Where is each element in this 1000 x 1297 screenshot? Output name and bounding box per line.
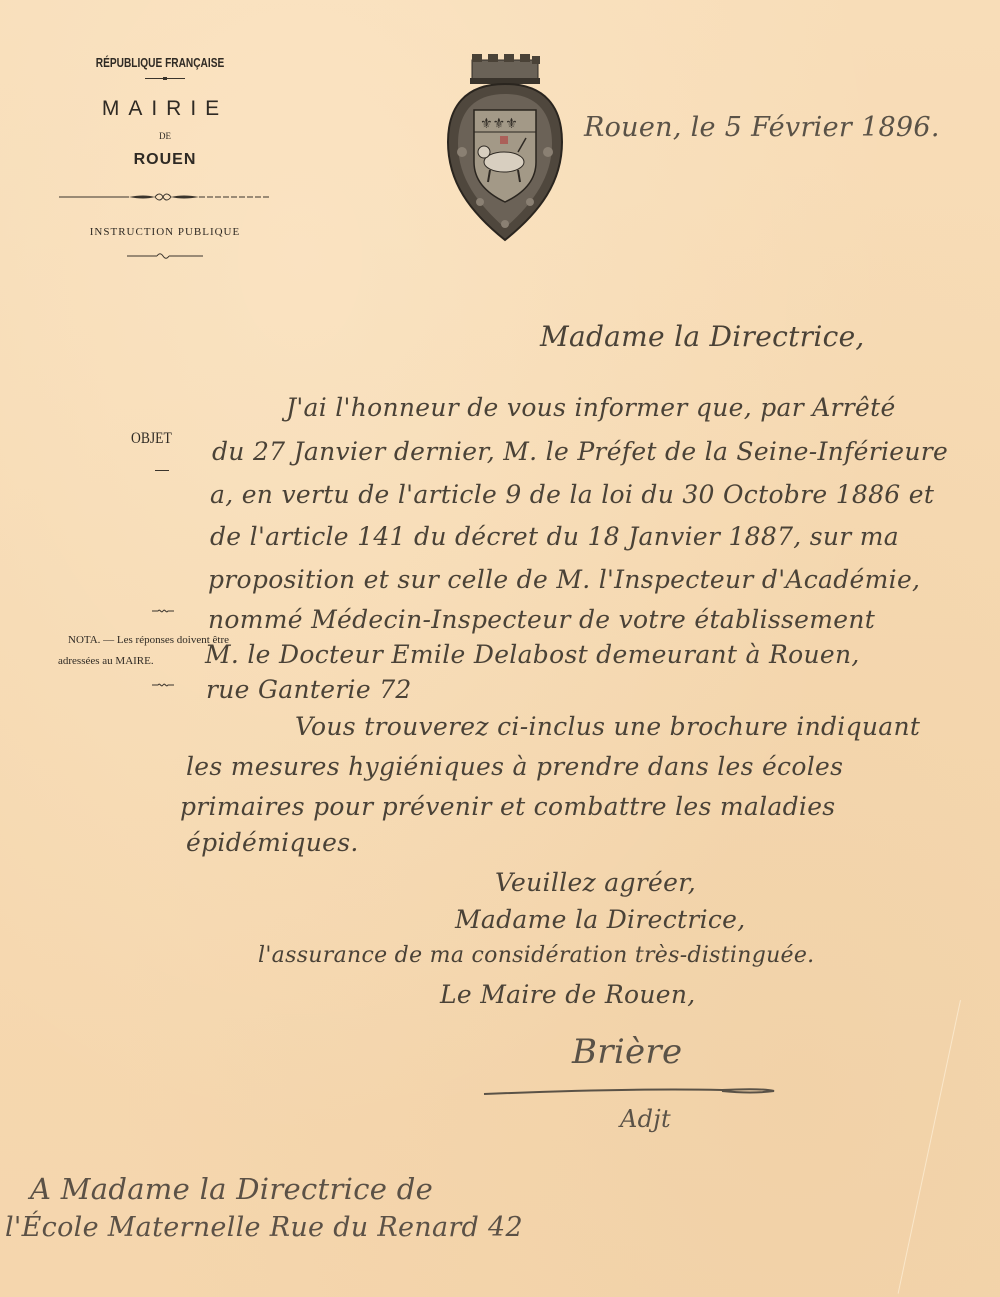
body-line: a, en vertu de l'article 9 de la loi du … [210,480,934,509]
closing-line: l'assurance de ma considération très-dis… [258,943,814,968]
body-line: nommé Médecin-Inspecteur de votre établi… [208,605,875,634]
body-line: du 27 Janvier dernier, M. le Préfet de l… [212,437,948,466]
signature-flourish-icon [482,1088,777,1096]
body-line: proposition et sur celle de M. l'Inspect… [208,565,920,594]
salutation: Madame la Directrice, [540,320,865,353]
signature-title: Adjt [620,1105,671,1133]
recipient-address-line-2: l'École Maternelle Rue du Renard 42 [5,1212,523,1243]
body-line: M. le Docteur Emile Delabost demeurant à… [205,640,860,669]
margin-ornament-icon [152,682,174,688]
closing-line: Veuillez agréer, [495,868,696,897]
city-heading: ROUEN [40,151,290,169]
coat-of-arms-rouen-icon: ⚜⚜⚜ [440,52,570,242]
divider [145,78,185,79]
de-label: DE [40,131,290,141]
body-line: de l'article 141 du décret du 18 Janvier… [210,522,899,551]
objet-dash [155,470,169,471]
body-line: Vous trouverez ci-inclus une brochure in… [295,712,920,741]
letterhead: RÉPUBLIQUE FRANÇAISE MAIRIE DE ROUEN INS… [40,55,290,265]
body-line: épidémiques. [186,828,359,857]
small-ornament-icon [127,252,203,260]
closing-line: Madame la Directrice, [455,905,746,934]
body-line: J'ai l'honneur de vous informer que, par… [286,393,896,422]
closing-line: Le Maire de Rouen, [440,980,696,1009]
mairie-heading: MAIRIE [40,97,290,121]
svg-text:⚜⚜⚜: ⚜⚜⚜ [480,116,518,132]
ornament-rule-icon [59,191,271,203]
body-line: primaires pour prévenir et combattre les… [180,792,835,821]
nota-line-2: adressées au MAIRE. [58,655,154,667]
recipient-address-line-1: A Madame la Directrice de [30,1172,433,1206]
margin-ornament-icon [152,608,174,614]
letter-date: Rouen, le 5 Février 1896. [584,112,940,143]
republique-heading: RÉPUBLIQUE FRANÇAISE [59,55,262,70]
signature: Brière [572,1032,682,1072]
department-heading: INSTRUCTION PUBLIQUE [40,226,290,238]
body-line: rue Ganterie 72 [206,675,412,704]
body-line: les mesures hygiéniques à prendre dans l… [186,752,843,781]
objet-label: OBJET [131,430,172,448]
